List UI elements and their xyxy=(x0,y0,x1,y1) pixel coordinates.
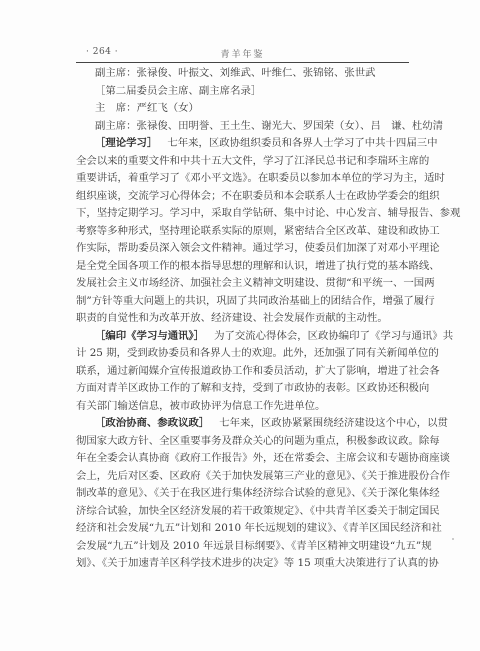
paragraph-line: 七年来，区政协紧紧围绕经济建设这个中心，以贯 xyxy=(219,417,448,429)
section-heading-line: ［政治协商、参政议政］七年来，区政协紧紧围绕经济建设这个中心，以贯 xyxy=(76,415,409,433)
running-title: 青羊年鉴 xyxy=(76,47,409,60)
paragraph-line: 制”方针等重大问题上的共识，巩固了共同政治基础上的团结合作，增强了履行 xyxy=(76,293,409,311)
paragraph-line: 七年来，区政协组织委员和各界人士学习了中共十四届三中 xyxy=(167,137,437,149)
paragraph-line: 组织座谈，交流学习心得体会；不在职委员和本会联系人士在政协学委会的组织 xyxy=(76,188,409,206)
header-rule xyxy=(76,62,409,63)
vice-chairs-first-session: 副主席：张禄俊、叶振文、刘维武、叶维仁、张锦铭、张世武 xyxy=(76,65,409,83)
paragraph-line: 济综合试验，加快全区经济发展的若干政策规定》、《中共青羊区委关于制定国民 xyxy=(76,503,409,521)
section-heading-line: ［理论学习］七年来，区政协组织委员和各界人士学习了中共十四届三中 xyxy=(76,135,409,153)
paragraph-line: 作实际，帮助委员深入领会文件精神。通过学习，使委员们加深了对邓小平理论 xyxy=(76,240,409,258)
paragraph-line: 有关部门输送信息，被市政协评为信息工作先进单位。 xyxy=(76,398,409,416)
paragraph-line: 是全党全国各项工作的根本指导思想的理解和认识，增进了执行党的基本路线、 xyxy=(76,258,409,276)
paragraph-line: 会上，先后对区委、区政府《关于加快发展第三产业的意见》、《关于推进股份合作 xyxy=(76,468,409,486)
paragraph-line: 计 25 期，受到政协委员和各界人士的欢迎。此外，还加强了同有关新闻单位的 xyxy=(76,345,409,363)
paragraph-line: 发展社会主义市场经济、加强社会主义精神文明建设、贯彻“和平统一、一国两 xyxy=(76,275,409,293)
paragraph-line: 全会以来的重要文件和中共十五大文件，学习了江泽民总书记和李瑞环主席的 xyxy=(76,153,409,171)
section-title-theory-study: ［理论学习］ xyxy=(95,137,157,149)
paragraph-line: 年在全委会认真协商《政府工作报告》外，还在常委会、主席会议和专题协商座谈 xyxy=(76,450,409,468)
chair-second-session: 主 席：严红飞（女） xyxy=(76,100,409,118)
paragraph-line: 下，坚持定期学习。学习中，采取自学钻研、集中讨论、中心发言、辅导报告、参观 xyxy=(76,205,409,223)
section-title-newsletter: ［编印《学习与通讯》］ xyxy=(95,330,204,342)
body-text: 副主席：张禄俊、叶振文、刘维武、叶维仁、张锦铭、张世武 ［第二届委员会主席、副主… xyxy=(76,65,409,573)
paragraph-line: 划》、《关于加速青羊区科学技术进步的决定》等 15 项重大决策进行了认真的协 xyxy=(76,555,409,573)
paragraph-line: 重要讲话，着重学习了《邓小平文选》。在职委员以参加本单位的学习为主，适时 xyxy=(76,170,409,188)
paragraph-line: 为了交流心得体会，区政协编印了《学习与通讯》共 xyxy=(214,330,453,342)
vice-chairs-second-session: 副主席：张禄俊、田明誉、王土生、谢光大、罗国荣（女）、吕 谦、杜幼清 xyxy=(76,118,409,136)
paragraph-line: 考察等多种形式，坚持理论联系实际的原则，紧密结合全区改革、建设和政协工 xyxy=(76,223,409,241)
paragraph-line: 彻国家大政方针、全区重要事务及群众关心的问题为重点，积极参政议政。除每 xyxy=(76,433,409,451)
section-title-political-consultation: ［政治协商、参政议政］ xyxy=(95,417,209,429)
paragraph-line: 方面对青羊区政协工作的了解和支持，受到了市政协的表彰。区政协还积极向 xyxy=(76,380,409,398)
scan-speck xyxy=(452,538,454,540)
second-session-heading: ［第二届委员会主席、副主席名录］ xyxy=(76,83,409,101)
paragraph-line: 会发展“九五”计划及 2010 年远景目标纲要》、《青羊区精神文明建设“九五”规 xyxy=(76,538,409,556)
page-header: · 264 · 青羊年鉴 xyxy=(76,47,409,61)
document-page: · 264 · 青羊年鉴 副主席：张禄俊、叶振文、刘维武、叶维仁、张锦铭、张世武… xyxy=(0,0,480,651)
section-heading-line: ［编印《学习与通讯》］为了交流心得体会，区政协编印了《学习与通讯》共 xyxy=(76,328,409,346)
paragraph-line: 经济和社会发展“九五”计划和 2010 年长远规划的建议》、《青羊区国民经济和社 xyxy=(76,520,409,538)
paragraph-line: 职责的自觉性和为改革开放、经济建设、社会发展作贡献的主动性。 xyxy=(76,310,409,328)
paragraph-line: 制改革的意见》、《关于在我区进行集体经济综合试验的意见》、《关于深化集体经 xyxy=(76,485,409,503)
paragraph-line: 联系，通过新闻媒介宣传报道政协工作和委员活动，扩大了影响，增进了社会各 xyxy=(76,363,409,381)
